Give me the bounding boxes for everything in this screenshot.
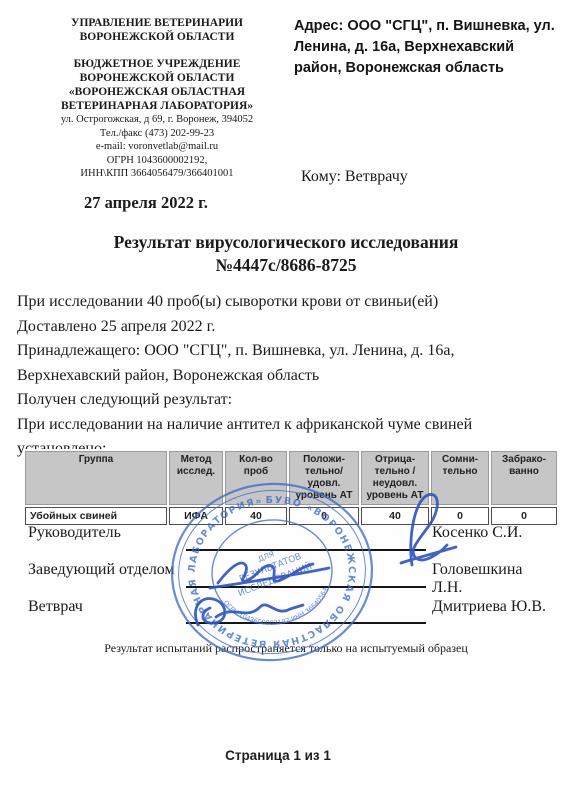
spacer bbox=[28, 44, 286, 57]
col-header-group: Группа bbox=[25, 451, 167, 505]
org-header-block: УПРАВЛЕНИЕ ВЕТЕРИНАРИИ ВОРОНЕЖСКОЙ ОБЛАС… bbox=[28, 16, 286, 181]
org-name-line1: БЮДЖЕТНОЕ УЧРЕЖДЕНИЕ bbox=[28, 57, 286, 71]
body-paragraph-result-intro: Получен следующий результат: bbox=[17, 388, 551, 413]
document-title-line1: Результат вирусологического исследования bbox=[10, 231, 562, 254]
org-address: ул. Острогожская, д 69, г. Воронеж, 3940… bbox=[28, 113, 286, 127]
signature-line bbox=[186, 549, 426, 551]
signature-row-department-head: Заведующий отделом Головешкина Л.Н. bbox=[28, 561, 548, 579]
col-header-sample-count: Кол-во проб bbox=[225, 451, 287, 505]
destination-address: Адрес: ООО "СГЦ", п. Вишневка, ул. Ленин… bbox=[294, 16, 562, 79]
signature-role: Ветврач bbox=[28, 598, 83, 615]
signature-name: Косенко С.И. bbox=[432, 524, 522, 542]
document-date: 27 апреля 2022 г. bbox=[84, 193, 208, 213]
body-paragraph-delivered: Доставлено 25 апреля 2022 г. bbox=[17, 315, 551, 340]
signature-line bbox=[186, 586, 426, 588]
body-paragraph-owner: Принадлежащего: ООО "СГЦ", п. Вишневка, … bbox=[17, 339, 551, 388]
document-title-number: №4447с/8686-8725 bbox=[10, 254, 562, 277]
signature-line bbox=[186, 622, 426, 624]
org-name-line2: ВОРОНЕЖСКОЙ ОБЛАСТИ bbox=[28, 71, 286, 85]
signature-row-director: Руководитель Косенко С.И. bbox=[28, 524, 548, 542]
col-header-method: Метод исслед. bbox=[169, 451, 223, 505]
cell-negative: 40 bbox=[361, 507, 429, 525]
signature-name: Головешкина Л.Н. bbox=[432, 561, 548, 597]
cell-doubtful: 0 bbox=[431, 507, 489, 525]
cell-rejected: 0 bbox=[491, 507, 557, 525]
org-email: e-mail: voronvetlab@mail.ru bbox=[28, 140, 286, 154]
cell-positive: 0 bbox=[289, 507, 359, 525]
cell-method: ИФА bbox=[169, 507, 223, 525]
document-body: При исследовании 40 проб(ы) сыворотки кр… bbox=[17, 290, 551, 462]
cell-sample-count: 40 bbox=[225, 507, 287, 525]
cell-group: Убойных свиней bbox=[25, 507, 167, 525]
body-paragraph-samples: При исследовании 40 проб(ы) сыворотки кр… bbox=[17, 290, 551, 315]
signature-role: Заведующий отделом bbox=[28, 561, 175, 578]
page-number: Страница 1 из 1 bbox=[0, 748, 556, 763]
result-scope-note: Результат испытаний распространяется тол… bbox=[26, 641, 546, 656]
org-name-line3: «ВОРОНЕЖСКАЯ ОБЛАСТНАЯ bbox=[28, 85, 286, 99]
col-header-positive: Положи- тельно/ удовл. уровень АТ bbox=[289, 451, 359, 505]
org-name-line4: ВЕТЕРИНАРНАЯ ЛАБОРАТОРИЯ» bbox=[28, 99, 286, 113]
org-phone: Тел./факс (473) 202-99-23 bbox=[28, 127, 286, 141]
org-parent-line1: УПРАВЛЕНИЕ ВЕТЕРИНАРИИ bbox=[28, 16, 286, 30]
recipient-line: Кому: Ветврачу bbox=[301, 168, 408, 186]
document-page: УПРАВЛЕНИЕ ВЕТЕРИНАРИИ ВОРОНЕЖСКОЙ ОБЛАС… bbox=[0, 0, 572, 800]
org-inn-kpp: ИНН\КПП 3664056479/366401001 bbox=[28, 167, 286, 181]
org-ogrn: ОГРН 1043600002192, bbox=[28, 154, 286, 168]
results-table: Группа Метод исслед. Кол-во проб Положи-… bbox=[23, 449, 559, 527]
signature-role: Руководитель bbox=[28, 524, 121, 541]
col-header-negative: Отрица- тельно / неудовл. уровень АТ bbox=[361, 451, 429, 505]
document-title: Результат вирусологического исследования… bbox=[10, 231, 562, 277]
signature-row-vet: Ветврач Дмитриева Ю.В. bbox=[28, 598, 548, 616]
col-header-rejected: Забрако- ванно bbox=[491, 451, 557, 505]
signature-name: Дмитриева Ю.В. bbox=[432, 598, 546, 616]
col-header-doubtful: Сомни- тельно bbox=[431, 451, 489, 505]
table-header-row: Группа Метод исслед. Кол-во проб Положи-… bbox=[25, 451, 557, 505]
table-row: Убойных свиней ИФА 40 0 40 0 0 bbox=[25, 507, 557, 525]
org-parent-line2: ВОРОНЕЖСКОЙ ОБЛАСТИ bbox=[28, 30, 286, 44]
